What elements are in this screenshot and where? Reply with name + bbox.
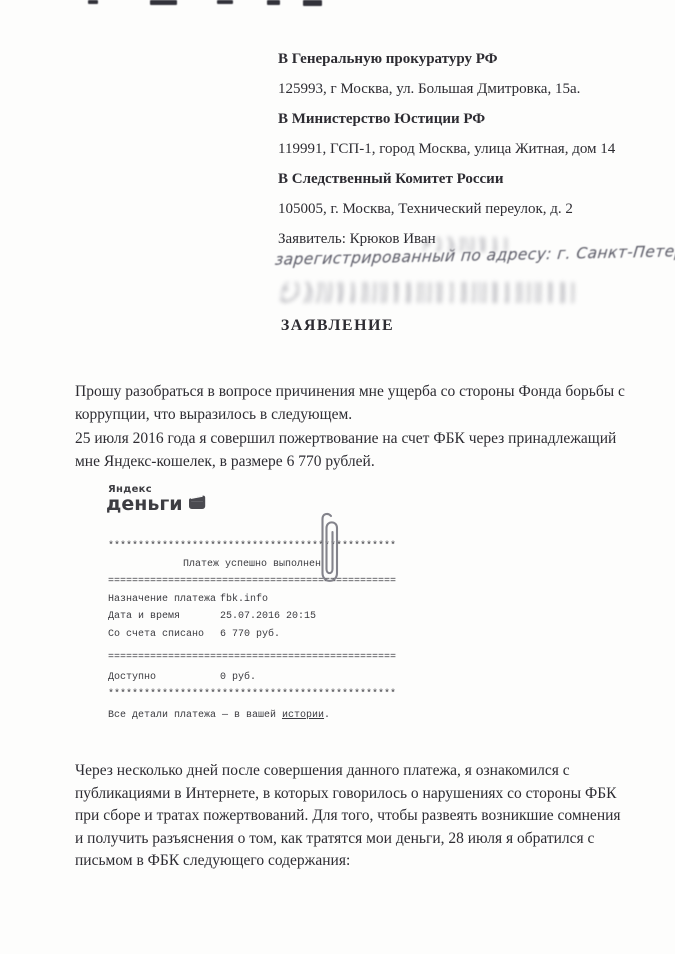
recipient-address: 125993, г Москва, ул. Большая Дмитровка,… — [278, 80, 648, 98]
scanned-document-page: В Генеральную прокуратуру РФ 125993, г М… — [0, 0, 675, 954]
receipt-value: 0 руб. — [220, 672, 256, 683]
receipt-label: Доступно — [108, 669, 220, 687]
recipient-title: В Генеральную прокуратуру РФ — [278, 50, 648, 68]
dengi-logo-text: деньги — [106, 495, 183, 513]
receipt-footer-text: Все детали платежа — в вашей — [108, 710, 282, 721]
receipt-label: Назначение платежа — [108, 591, 220, 609]
receipt-value: fbk.info — [220, 594, 268, 605]
cut-off-text-fragment — [88, 0, 98, 4]
receipt-label: Со счета списано — [108, 626, 220, 644]
document-title: ЗАЯВЛЕНИЕ — [0, 317, 675, 335]
redacted-smudge — [280, 282, 576, 303]
cut-off-text-fragment — [217, 0, 233, 4]
recipient-address: 119991, ГСП-1, город Москва, улица Житна… — [278, 140, 648, 158]
paperclip-icon — [300, 511, 348, 598]
receipt-value: 25.07.2016 20:15 — [220, 611, 316, 622]
payment-receipt: ****************************************… — [108, 538, 396, 724]
wallet-icon — [188, 495, 207, 513]
receipt-row-available: Доступно0 руб. — [108, 669, 396, 687]
receipt-footer: Все детали платежа — в вашей истории. — [108, 707, 396, 725]
cut-off-text-fragment — [150, 0, 177, 5]
paragraph-intro: Прошу разобраться в вопросе причинения м… — [75, 380, 632, 426]
separator-line: ****************************************… — [108, 538, 396, 556]
cut-off-text-fragment — [303, 0, 322, 6]
history-link: истории — [282, 710, 324, 721]
redacted-smudge — [422, 237, 508, 252]
paragraph-donation: 25 июля 2016 года я совершил пожертвован… — [75, 427, 632, 473]
recipient-title: В Министерство Юстиции РФ — [278, 110, 648, 128]
payment-status: Платеж успешно выполнен — [108, 556, 396, 574]
yandex-money-logo: Яндекс деньги — [106, 484, 207, 513]
recipient-title: В Следственный Комитет России — [278, 170, 648, 188]
recipient-address: 105005, г. Москва, Технический переулок,… — [278, 200, 648, 218]
receipt-footer-period: . — [324, 710, 330, 721]
separator-line: ****************************************… — [108, 686, 396, 704]
separator-line: ========================================… — [108, 573, 396, 591]
receipt-row-datetime: Дата и время25.07.2016 20:15 — [108, 608, 396, 626]
recipient-address-block: В Генеральную прокуратуру РФ 125993, г М… — [278, 50, 648, 260]
receipt-value: 6 770 руб. — [220, 629, 280, 640]
receipt-row-amount: Со счета списано6 770 руб. — [108, 626, 396, 644]
paragraph-followup: Через несколько дней после совершения да… — [75, 760, 632, 873]
receipt-row-purpose: Назначение платежаfbk.info — [108, 591, 396, 609]
receipt-label: Дата и время — [108, 608, 220, 626]
separator-line: ========================================… — [108, 649, 396, 667]
cut-off-text-fragment — [267, 0, 280, 5]
